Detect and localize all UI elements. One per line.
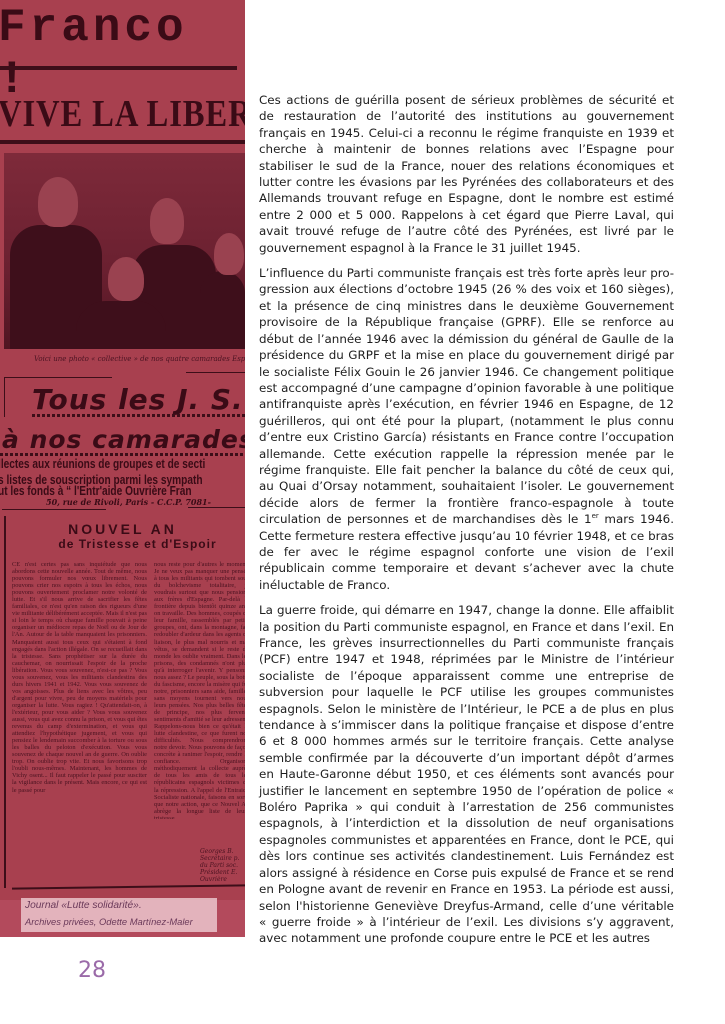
- paragraph: La guerre froide, qui démarre en 1947, c…: [259, 602, 674, 947]
- clipping-headline-franco: Franco !: [0, 2, 245, 106]
- article-column-2: nous reste pour d'autres le moment. Je n…: [154, 561, 245, 819]
- wavy-underline: [32, 414, 245, 417]
- figure-caption: Journal «Lutte solidarité». Archives pri…: [21, 898, 217, 932]
- person-figure: [76, 301, 166, 349]
- clipping-rule: [0, 66, 237, 70]
- box-border: [4, 377, 5, 417]
- paragraph: L’influence du Parti communiste français…: [259, 265, 674, 593]
- ordinal-superscript: er: [592, 512, 599, 520]
- box-border: [186, 372, 245, 373]
- person-head: [108, 257, 144, 301]
- person-head: [214, 233, 244, 275]
- article-subtitle: de Tristesse et d'Espoir: [0, 537, 245, 551]
- article-signature: Georges B. Secrétaire p. du Parti soc. P…: [200, 848, 245, 883]
- box-border: [188, 507, 245, 508]
- page-number: 28: [78, 958, 106, 983]
- clipping-subline: ut les fonds à “ l'Entr'aide Ouvrière Fr…: [0, 483, 192, 498]
- clipping-rule: [0, 140, 245, 144]
- group-photo: [4, 153, 245, 349]
- person-head: [150, 198, 184, 244]
- article-title: NOUVEL AN: [0, 521, 245, 537]
- person-head: [38, 177, 78, 227]
- person-figure: [200, 271, 245, 349]
- article-column-1: CE n'est certes pas sans inquiétude que …: [12, 561, 147, 883]
- newspaper-clipping-image: Franco ! VIVE LA LIBER Voici une photo «…: [0, 0, 245, 937]
- paragraph: Ces actions de guérilla posent de sérieu…: [259, 92, 674, 256]
- clipping-banner-line2: à nos camarades Espag: [2, 425, 245, 454]
- clipping-banner-line1: Tous les J. S. doive: [32, 383, 245, 416]
- clipping-subline: llectes aux réunions de groupes et de se…: [0, 456, 205, 471]
- caption-source: Journal «Lutte solidarité».: [25, 900, 142, 911]
- body-text-column: Ces actions de guérilla posent de sérieu…: [259, 92, 674, 956]
- photo-caption: Voici une photo « collective » de nos qu…: [34, 355, 245, 363]
- caption-credit: Archives privées, Odette Martínez-Maler: [25, 916, 193, 927]
- article-border: [4, 516, 6, 888]
- box-border: [2, 509, 106, 510]
- clipping-address: 50, rue de Rivoli, Paris - C.C.P. 7081-: [46, 497, 211, 507]
- paragraph-text: L’influence du Parti communiste français…: [259, 266, 674, 526]
- box-border: [4, 377, 112, 378]
- article-border: [12, 884, 245, 889]
- clipping-headline-liberte: VIVE LA LIBER: [0, 92, 245, 136]
